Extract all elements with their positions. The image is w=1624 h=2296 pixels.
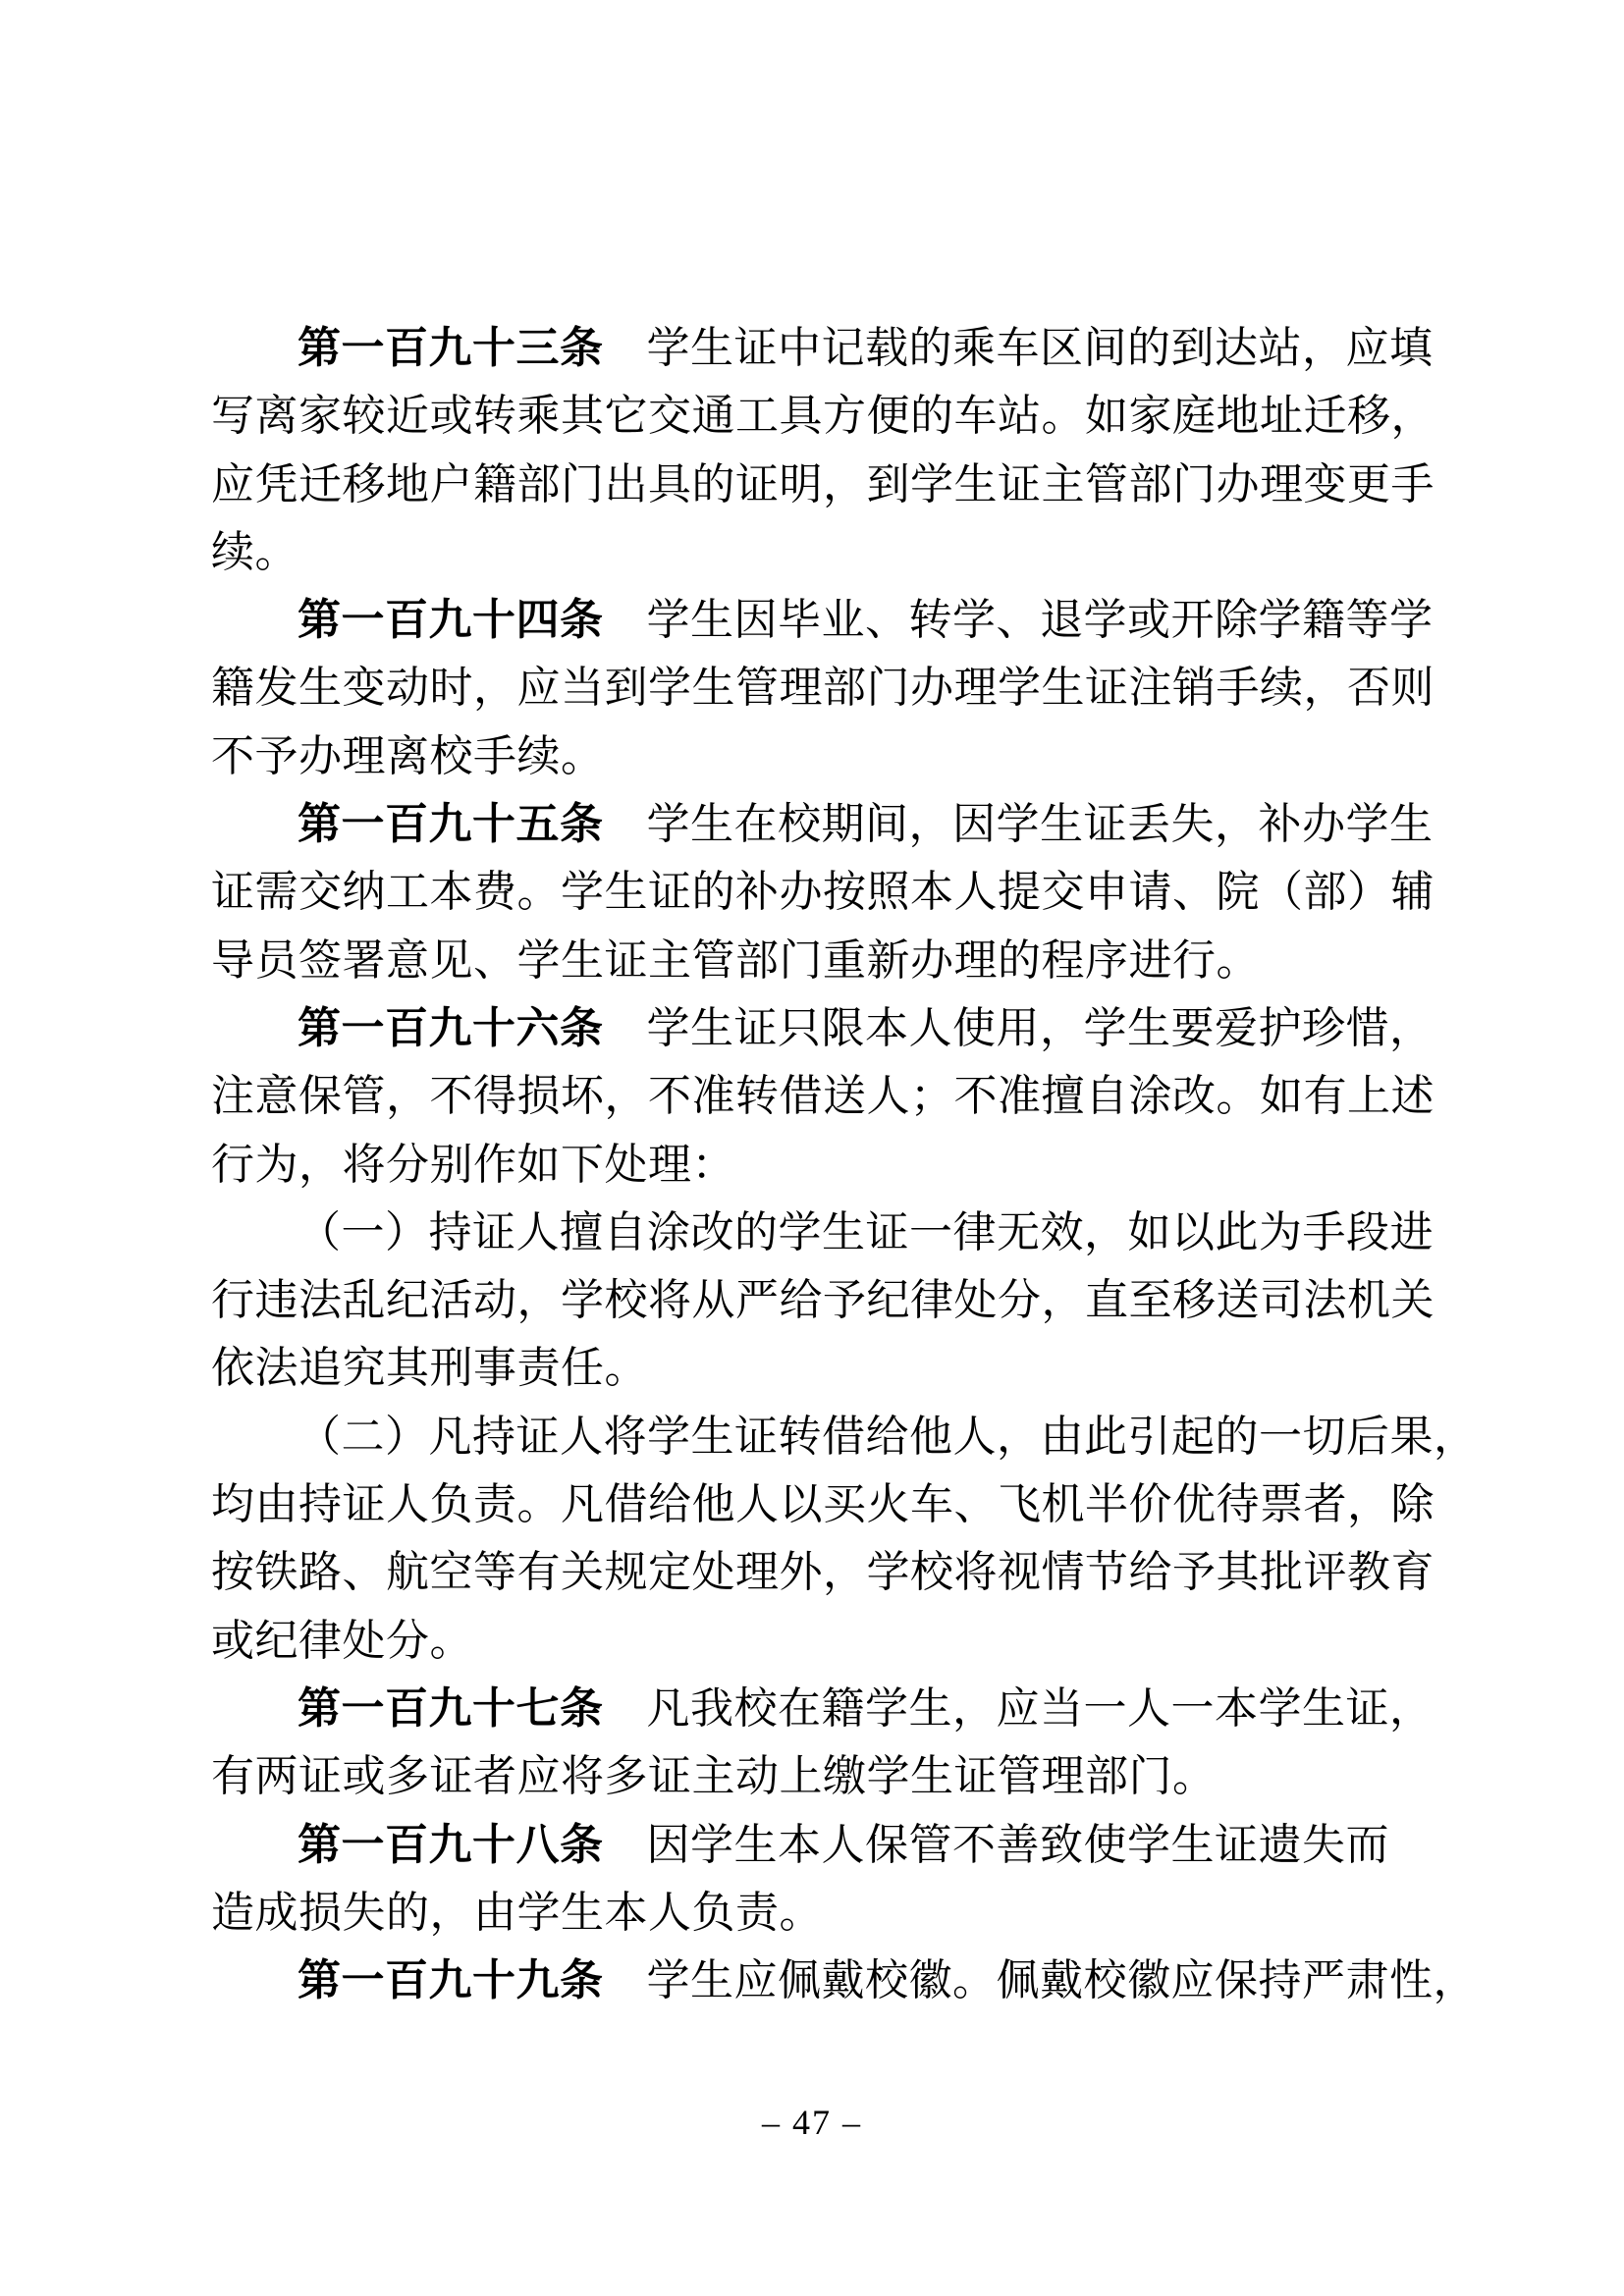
article-text: 学生证只限本人使用，学生要爱护珍惜，: [647, 1004, 1434, 1052]
text-line: （一）持证人擅自涂改的学生证一律无效，如以此为手段进: [211, 1199, 1478, 1266]
article-paragraph: 第一百九十七条凡我校在籍学生，应当一人一本学生证，有两证或多证者应将多证主动上缴…: [211, 1675, 1478, 1811]
text-line: （二）凡持证人将学生证转借给他人，由此引起的一切后果，: [211, 1403, 1478, 1470]
text-line: 第一百九十五条学生在校期间，因学生证丢失，补办学生: [211, 790, 1478, 858]
text-line: 第一百九十三条学生证中记载的乘车区间的到达站，应填: [211, 314, 1478, 382]
article-paragraph: 第一百九十四条学生因毕业、转学、退学或开除学籍等学籍发生变动时，应当到学生管理部…: [211, 586, 1478, 790]
article-paragraph: 第一百九十三条学生证中记载的乘车区间的到达站，应填写离家较近或转乘其它交通工具方…: [211, 314, 1478, 586]
list-item-paragraph: （二）凡持证人将学生证转借给他人，由此引起的一切后果，均由持证人负责。凡借给他人…: [211, 1403, 1478, 1675]
article-number: 第一百九十九条: [298, 1956, 604, 2004]
article-number: 第一百九十七条: [298, 1684, 604, 1733]
text-line: 不予办理离校手续。: [211, 722, 1478, 790]
text-line: 或纪律处分。: [211, 1607, 1478, 1675]
text-line: 续。: [211, 518, 1478, 586]
text-line: 第一百九十八条因学生本人保管不善致使学生证遗失而: [211, 1811, 1478, 1879]
text-line: 写离家较近或转乘其它交通工具方便的车站。如家庭地址迁移，: [211, 382, 1478, 450]
article-number: 第一百九十三条: [298, 324, 604, 372]
article-paragraph: 第一百九十八条因学生本人保管不善致使学生证遗失而造成损失的，由学生本人负责。: [211, 1811, 1478, 1948]
article-paragraph: 第一百九十五条学生在校期间，因学生证丢失，补办学生证需交纳工本费。学生证的补办按…: [211, 790, 1478, 994]
article-text: 学生应佩戴校徽。佩戴校徽应保持严肃性，: [647, 1956, 1478, 2004]
article-text: 学生证中记载的乘车区间的到达站，应填: [647, 324, 1434, 372]
article-paragraph: 第一百九十九条学生应佩戴校徽。佩戴校徽应保持严肃性，: [211, 1947, 1478, 2014]
document-page: 第一百九十三条学生证中记载的乘车区间的到达站，应填写离家较近或转乘其它交通工具方…: [0, 0, 1624, 2296]
article-number: 第一百九十六条: [298, 1004, 604, 1052]
text-line: 第一百九十四条学生因毕业、转学、退学或开除学籍等学: [211, 586, 1478, 654]
page-number: – 47 –: [0, 2099, 1624, 2146]
article-text: 凡我校在籍学生，应当一人一本学生证，: [647, 1684, 1434, 1733]
text-line: 第一百九十九条学生应佩戴校徽。佩戴校徽应保持严肃性，: [211, 1947, 1478, 2014]
text-line: 应凭迁移地户籍部门出具的证明，到学生证主管部门办理变更手: [211, 451, 1478, 518]
text-line: 证需交纳工本费。学生证的补办按照本人提交申请、院（部）辅: [211, 858, 1478, 926]
text-line: 第一百九十六条学生证只限本人使用，学生要爱护珍惜，: [211, 994, 1478, 1062]
article-number: 第一百九十八条: [298, 1821, 604, 1869]
text-line: 有两证或多证者应将多证主动上缴学生证管理部门。: [211, 1742, 1478, 1810]
article-text: 学生在校期间，因学生证丢失，补办学生: [647, 800, 1434, 848]
text-line: 按铁路、航空等有关规定处理外，学校将视情节给予其批评教育: [211, 1538, 1478, 1606]
text-line: 行为，将分别作如下处理：: [211, 1131, 1478, 1199]
article-paragraph: 第一百九十六条学生证只限本人使用，学生要爱护珍惜，注意保管，不得损坏，不准转借送…: [211, 994, 1478, 1199]
article-number: 第一百九十五条: [298, 800, 604, 848]
text-line: 行违法乱纪活动，学校将从严给予纪律处分，直至移送司法机关: [211, 1266, 1478, 1334]
text-line: 导员签署意见、学生证主管部门重新办理的程序进行。: [211, 927, 1478, 994]
article-text: 学生因毕业、转学、退学或开除学籍等学: [647, 596, 1434, 644]
article-text: 因学生本人保管不善致使学生证遗失而: [647, 1821, 1390, 1869]
text-line: 籍发生变动时，应当到学生管理部门办理学生证注销手续，否则: [211, 654, 1478, 721]
list-item-paragraph: （一）持证人擅自涂改的学生证一律无效，如以此为手段进行违法乱纪活动，学校将从严给…: [211, 1199, 1478, 1403]
text-line: 造成损失的，由学生本人负责。: [211, 1879, 1478, 1947]
article-number: 第一百九十四条: [298, 596, 604, 644]
text-line: 注意保管，不得损坏，不准转借送人；不准擅自涂改。如有上述: [211, 1062, 1478, 1130]
text-line: 依法追究其刑事责任。: [211, 1334, 1478, 1402]
text-line: 均由持证人负责。凡借给他人以买火车、飞机半价优待票者，除: [211, 1470, 1478, 1538]
text-line: 第一百九十七条凡我校在籍学生，应当一人一本学生证，: [211, 1675, 1478, 1742]
document-body: 第一百九十三条学生证中记载的乘车区间的到达站，应填写离家较近或转乘其它交通工具方…: [211, 314, 1478, 2014]
